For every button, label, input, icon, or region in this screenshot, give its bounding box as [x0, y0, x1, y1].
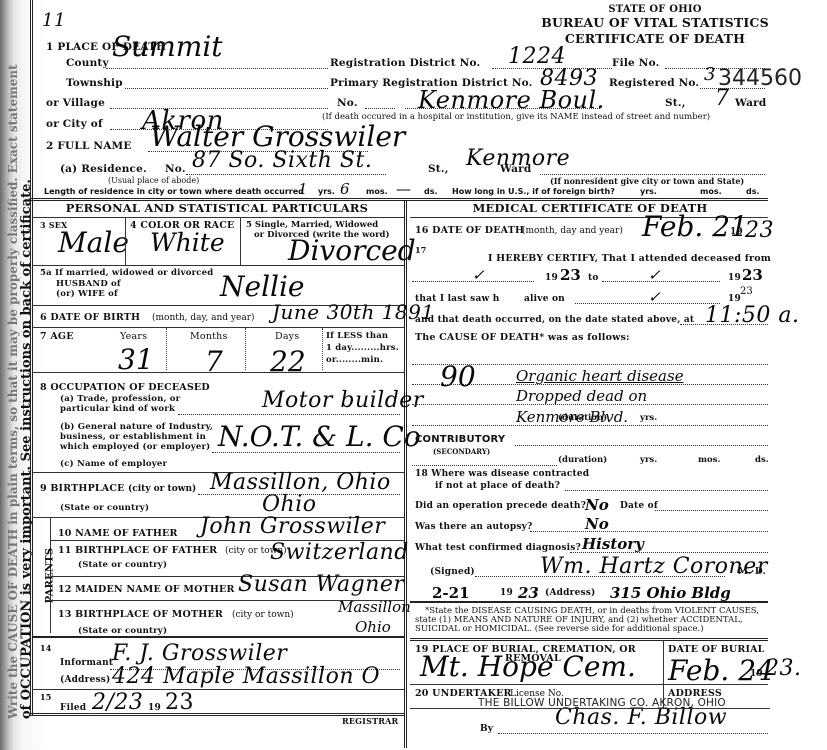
mother-name-value[interactable]: Susan Wagner	[238, 572, 404, 597]
age-months-value[interactable]: 7	[205, 345, 223, 378]
us-residence-label: How long in U.S., if of foreign birth?	[452, 187, 615, 196]
test-confirmed-label: What test confirmed diagnosis?	[415, 543, 581, 553]
less-than-label-3: or........min.	[326, 355, 383, 365]
less-than-label-1: If LESS than	[326, 331, 388, 341]
cause-line-2[interactable]: Dropped dead on	[516, 387, 647, 405]
secondary-label: (SECONDARY)	[433, 447, 490, 456]
street-no-label: No.	[337, 97, 358, 109]
mother-state-value[interactable]: Ohio	[355, 618, 391, 636]
cause-margin-code: 90	[440, 360, 476, 393]
cause-duration-label: (duration)	[558, 413, 607, 423]
dob-value[interactable]: June 30th 1891	[272, 300, 435, 324]
us-ds-label: ds.	[746, 187, 760, 196]
father-birthplace-label: 11 BIRTHPLACE OF FATHER	[58, 545, 217, 556]
occupation-b-value[interactable]: N.O.T. & L. Co	[218, 420, 421, 453]
informant-label: Informant	[60, 658, 113, 668]
ward-value[interactable]: 7	[715, 86, 730, 111]
registered-no-value[interactable]: 3	[704, 64, 716, 85]
column-divider	[404, 200, 407, 748]
date-of-death-sub: (month, day and year)	[522, 226, 623, 236]
county-value[interactable]: Summit	[112, 30, 223, 63]
registered-no-label: Registered No.	[609, 77, 699, 89]
filed-date-value[interactable]: 2/23	[92, 690, 143, 715]
contributory-ds-label: ds.	[755, 455, 769, 465]
cause-of-death-label: The CAUSE OF DEATH* was as follows:	[415, 332, 630, 343]
frame-left-border	[30, 0, 33, 715]
birthplace-label: 9 BIRTHPLACE	[40, 483, 125, 494]
filed-label: Filed	[60, 703, 86, 713]
father-name-value[interactable]: John Grosswiler	[200, 514, 385, 539]
residence-label: (a) Residence.	[60, 163, 147, 175]
death-occurred-label: and that death occurred, on the date sta…	[415, 315, 694, 325]
length-residence-label: Length of residence in city or town wher…	[44, 187, 304, 196]
informant-address-value[interactable]: 424 Maple Massillon O	[112, 664, 380, 689]
city-label: or City of	[46, 118, 103, 130]
burial-year-value[interactable]: 23.	[765, 656, 802, 681]
undertaker-by-label: By	[480, 724, 493, 734]
autopsy-label: Was there an autopsy?	[415, 522, 533, 532]
occupation-label: 8 OCCUPATION OF DECEASED	[40, 382, 210, 393]
certificate-title: CERTIFICATE OF DEATH	[555, 31, 755, 46]
race-value[interactable]: White	[150, 228, 225, 257]
date-of-death-year-prefix: 19	[730, 227, 743, 237]
spouse-label-3: (or) WIFE of	[56, 289, 118, 299]
q18-label-1: 18 Where was disease contracted	[415, 469, 589, 479]
bureau-heading: BUREAU OF VITAL STATISTICS	[530, 15, 780, 30]
street-value[interactable]: Kenmore Boul.	[418, 86, 605, 114]
stamped-registered-number: 344560	[718, 66, 802, 91]
mother-birthplace-sub: (city or town)	[232, 610, 294, 620]
birthplace-city-sub: (city or town)	[128, 484, 196, 494]
nonresident-note: (If nonresident give city or town and St…	[550, 176, 744, 186]
residence-value[interactable]: 87 So. Sixth St.	[192, 148, 372, 173]
operation-label: Did an operation precede death?	[415, 501, 586, 511]
occupation-a-value[interactable]: Motor builder	[262, 388, 424, 413]
file-no-label: File No.	[612, 57, 659, 69]
marital-label-1: 5 Single, Married, Widowed	[246, 220, 378, 230]
operation-date-label: Date of	[620, 501, 658, 511]
certify-statement: I HEREBY CERTIFY, That I attended deceas…	[488, 253, 771, 264]
md-label: M. D.	[738, 567, 766, 577]
cause-line-1[interactable]: Organic heart disease	[516, 367, 684, 385]
contributory-duration-label: (duration)	[558, 455, 607, 465]
alive-year[interactable]: 23	[740, 286, 753, 297]
filed-year-value[interactable]: 23	[165, 690, 194, 715]
age-days-value[interactable]: 22	[270, 345, 306, 378]
signed-year-prefix: 19	[500, 588, 513, 598]
us-yrs-label: yrs.	[640, 187, 657, 196]
informant-number: 14	[40, 643, 52, 653]
item-17-number: 17	[415, 245, 427, 255]
contributory-mos-label: mos.	[698, 455, 720, 465]
length-days-value[interactable]: —	[396, 180, 411, 198]
occupation-b-label-1: (b) General nature of Industry,	[60, 422, 213, 432]
spouse-label-2: HUSBAND of	[56, 279, 121, 289]
residence-ward-label: Ward	[500, 163, 531, 175]
registrar-label: REGISTRAR	[342, 716, 398, 726]
spouse-label-1: 5a If married, widowed or divorced	[40, 268, 213, 278]
date-of-death-label: 16 DATE OF DEATH	[415, 225, 524, 236]
length-mos-label: mos.	[366, 187, 388, 196]
mother-name-label: 12 MAIDEN NAME OF MOTHER	[58, 584, 235, 595]
attended-to-year[interactable]: 23	[742, 266, 763, 284]
residence-no-label: No.	[165, 163, 186, 175]
cause-yrs-label: yrs.	[640, 413, 657, 423]
signed-address-label: (Address)	[545, 588, 596, 598]
ward-label: Ward	[735, 97, 766, 109]
death-time-value[interactable]: 11:50 a.	[705, 303, 800, 328]
signed-value[interactable]: Wm. Hartz Coroner	[540, 554, 768, 579]
marital-value[interactable]: Divorced	[288, 234, 416, 267]
county-label: County	[66, 57, 109, 69]
age-months-label: Months	[190, 331, 228, 342]
length-ds-label: ds.	[424, 187, 438, 196]
length-months-value[interactable]: 6	[340, 180, 350, 198]
occupation-a-label-1: (a) Trade, profession, or	[60, 394, 180, 404]
informant-value[interactable]: F. J. Grosswiler	[112, 641, 287, 666]
informant-address-label: (Address)	[60, 675, 111, 685]
age-years-label: Years	[120, 331, 147, 342]
occupation-c-label: (c) Name of employer	[60, 459, 167, 469]
registration-district-label: Registration District No.	[330, 57, 480, 69]
less-than-label-2: 1 day.........hrs.	[326, 343, 399, 353]
length-yrs-label: yrs.	[318, 187, 335, 196]
last-saw-label: that I last saw h	[415, 294, 500, 304]
residence-st-label: St.,	[428, 163, 449, 175]
attended-from-year-prefix: 19	[545, 273, 558, 283]
autopsy-value[interactable]: No	[585, 515, 609, 533]
q18-label-2: if not at place of death?	[435, 481, 560, 491]
alive-on-label: alive on	[524, 294, 565, 304]
attended-from-year[interactable]: 23	[560, 266, 581, 284]
contributory-label: CONTRIBUTORY	[415, 434, 505, 445]
burial-year-prefix: 19	[750, 669, 763, 679]
footnote-line-3: SUICIDAL or HOMICIDAL. (See reverse side…	[415, 624, 704, 634]
occupation-b-label-3: which employed (or employer)	[60, 442, 210, 452]
attended-to-label: to	[588, 273, 599, 283]
mother-birthplace-label: 13 BIRTHPLACE OF MOTHER	[58, 609, 223, 620]
mother-state-label: (State or country)	[78, 626, 167, 636]
us-mos-label: mos.	[700, 187, 722, 196]
dob-label: 6 DATE OF BIRTH	[40, 312, 140, 323]
contributory-yrs-label: yrs.	[640, 455, 657, 465]
personal-header: PERSONAL AND STATISTICAL PARTICULARS	[32, 201, 402, 215]
sex-value[interactable]: Male	[58, 226, 129, 259]
state-heading: STATE OF OHIO	[600, 4, 710, 15]
full-name-label: 2 FULL NAME	[46, 140, 132, 152]
attended-to-year-prefix: 19	[728, 273, 741, 283]
dob-sub-label: (month, day, and year)	[152, 313, 255, 323]
father-state-label: (State or country)	[78, 560, 167, 570]
signed-address-value[interactable]: 315 Ohio Bldg	[610, 584, 731, 602]
signed-year[interactable]: 23	[518, 584, 539, 602]
operation-value[interactable]: No	[585, 496, 609, 514]
birthplace-state-label: (State or country)	[60, 503, 149, 513]
burial-place-value[interactable]: Mt. Hope Cem.	[420, 650, 636, 683]
filed-number: 15	[40, 692, 52, 702]
date-of-death-year[interactable]: 23	[745, 218, 774, 243]
township-label: Township	[66, 77, 123, 89]
spouse-value[interactable]: Nellie	[220, 270, 305, 303]
occupation-a-label-2: particular kind of work	[60, 404, 175, 414]
street-st-label: St.,	[665, 97, 686, 109]
usual-abode-note: (Usual place of abode)	[108, 176, 199, 185]
length-years-value[interactable]: 1	[298, 180, 308, 198]
father-birthplace-value[interactable]: Switzerland	[270, 540, 409, 565]
signed-label: (Signed)	[430, 567, 475, 577]
test-confirmed-value[interactable]: History	[582, 535, 644, 553]
signed-date-value[interactable]: 2-21	[432, 584, 470, 602]
attended-to-value[interactable]: ✓	[648, 266, 661, 284]
alive-on-value[interactable]: ✓	[648, 288, 661, 306]
father-name-label: 10 NAME OF FATHER	[58, 528, 178, 539]
age-label: 7 AGE	[40, 331, 74, 342]
age-days-label: Days	[275, 331, 299, 342]
mother-birthplace-value[interactable]: Massillon	[338, 598, 411, 616]
filed-year-prefix: 19	[148, 703, 161, 713]
attended-from-value[interactable]: ✓	[472, 266, 485, 284]
occupation-b-label-2: business, or establishment in	[60, 432, 206, 442]
page-number-mark: 11	[42, 10, 66, 31]
village-label: or Village	[46, 97, 105, 109]
